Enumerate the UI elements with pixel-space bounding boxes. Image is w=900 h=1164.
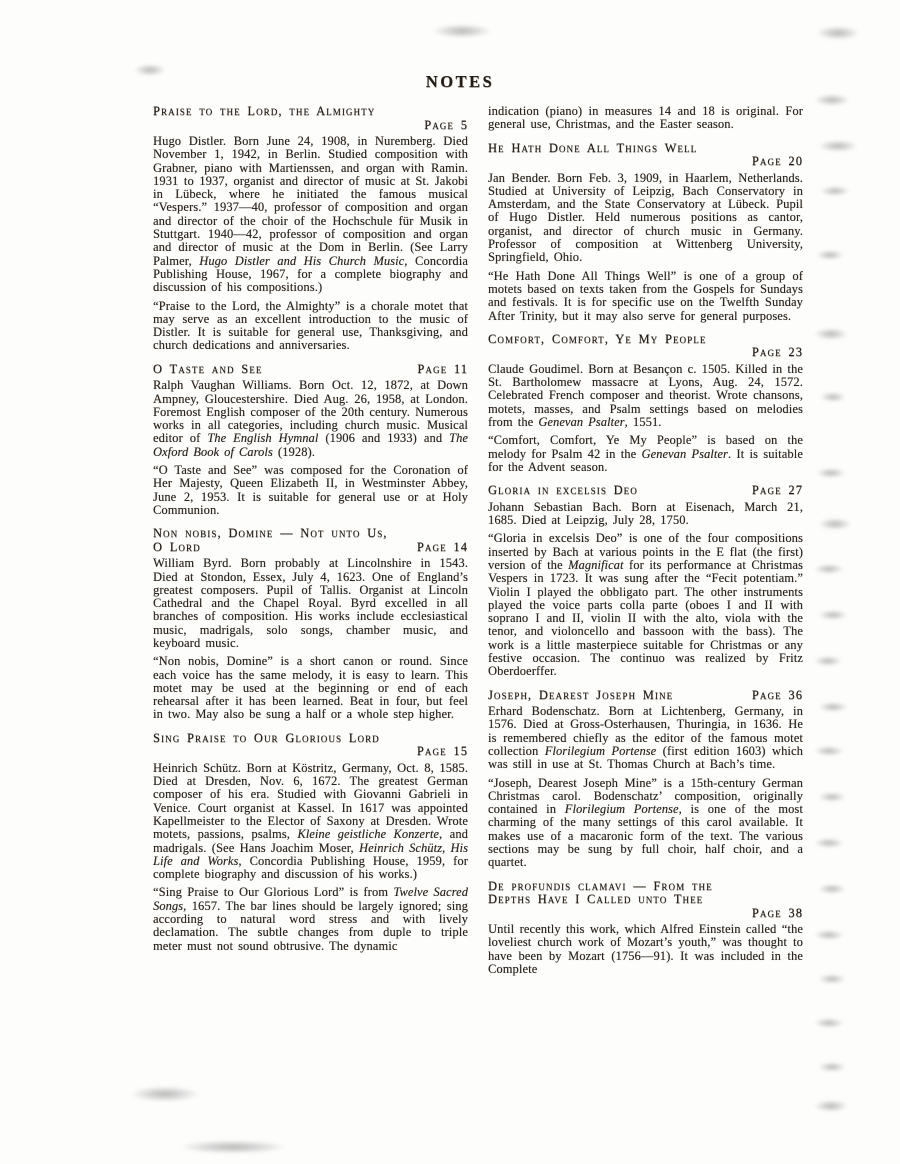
body-text: (1928). (273, 445, 315, 459)
italic-text: Florilegium Portense (565, 802, 679, 816)
heading-line: Page 15 (153, 745, 468, 759)
body-text: Hugo Distler. Born June 24, 1908, in Nur… (153, 134, 468, 268)
section-heading: Sing Praise to Our Glorious LordPage 15 (153, 732, 468, 759)
section-title: He Hath Done All Things Well (488, 142, 697, 156)
page-number-label: Page 11 (409, 363, 468, 377)
body-text: “Sing Praise to Our Glorious Lord” is fr… (153, 885, 393, 899)
heading-line: Page 20 (488, 155, 803, 169)
body-text: “Non nobis, Domine” is a short canon or … (153, 654, 468, 721)
heading-line: Page 23 (488, 346, 803, 360)
paragraph: Hugo Distler. Born June 24, 1908, in Nur… (153, 135, 468, 295)
paragraph: “Joseph, Dearest Joseph Mine” is a 15th-… (488, 777, 803, 870)
notes-section: De profundis clamavi — From theDepths Ha… (488, 880, 803, 977)
paragraph: “Praise to the Lord, the Almighty” is a … (153, 300, 468, 353)
page-number-label: Page 20 (744, 155, 803, 169)
page-title: NOTES (136, 72, 784, 92)
heading-line: De profundis clamavi — From the (488, 880, 803, 894)
section-title: Gloria in excelsis Deo (488, 484, 638, 498)
page-number-label: Page 23 (744, 346, 803, 360)
heading-line: O Taste and SeePage 11 (153, 363, 468, 377)
section-title: Joseph, Dearest Joseph Mine (488, 689, 673, 703)
heading-line: Page 5 (153, 119, 468, 133)
right-column: indication (piano) in measures 14 and 18… (488, 105, 803, 976)
section-title: O Taste and See (153, 363, 262, 377)
paragraph: Claude Goudimel. Born at Besançon c. 150… (488, 363, 803, 429)
heading-line: Joseph, Dearest Joseph MinePage 36 (488, 689, 803, 703)
notes-section: indication (piano) in measures 14 and 18… (488, 105, 803, 132)
heading-line: Gloria in excelsis DeoPage 27 (488, 484, 803, 498)
heading-line: O LordPage 14 (153, 541, 468, 555)
paragraph: Jan Bender. Born Feb. 3, 1909, in Haarle… (488, 172, 803, 265)
page-content: Praise to the Lord, the AlmightyPage 5Hu… (153, 105, 803, 976)
body-text: Johann Sebastian Bach. Born at Eisenach,… (488, 500, 803, 527)
italic-text: The English Hymnal (207, 431, 318, 445)
italic-text: Kleine geistliche Konzerte (297, 827, 439, 841)
body-text: William Byrd. Born probably at Lincolnsh… (153, 556, 468, 650)
paragraph: William Byrd. Born probably at Lincolnsh… (153, 557, 468, 650)
notes-section: O Taste and SeePage 11Ralph Vaughan Will… (153, 363, 468, 517)
heading-line: Depths Have I Called unto Thee (488, 893, 803, 907)
italic-text: Hugo Distler and His Church Music (199, 254, 404, 268)
section-heading: Gloria in excelsis DeoPage 27 (488, 484, 803, 498)
heading-line: Praise to the Lord, the Almighty (153, 105, 468, 119)
paragraph: Until recently this work, which Alfred E… (488, 923, 803, 976)
notes-section: Joseph, Dearest Joseph MinePage 36Erhard… (488, 689, 803, 870)
body-text: , 1551. (625, 415, 662, 429)
notes-section: Gloria in excelsis DeoPage 27Johann Seba… (488, 484, 803, 678)
page-number-label: Page 27 (744, 484, 803, 498)
italic-text: Genevan Psalter (538, 415, 624, 429)
paragraph: indication (piano) in measures 14 and 18… (488, 105, 803, 132)
paragraph: “Gloria in excelsis Deo” is one of the f… (488, 532, 803, 678)
paragraph: Heinrich Schütz. Born at Köstritz, Germa… (153, 762, 468, 882)
body-text: , 1657. The bar lines should be largely … (153, 899, 468, 953)
section-title: Non nobis, Domine — Not unto Us, (153, 527, 388, 541)
page-number-label: Page 38 (744, 907, 803, 921)
section-title: De profundis clamavi — From the (488, 880, 713, 894)
notes-section: Sing Praise to Our Glorious LordPage 15H… (153, 732, 468, 953)
section-heading: Non nobis, Domine — Not unto Us,O LordPa… (153, 527, 468, 554)
body-text: Jan Bender. Born Feb. 3, 1909, in Haarle… (488, 171, 803, 265)
body-text: “O Taste and See” was composed for the C… (153, 463, 468, 517)
body-text: Until recently this work, which Alfred E… (488, 922, 803, 976)
paragraph: “O Taste and See” was composed for the C… (153, 464, 468, 517)
heading-line: He Hath Done All Things Well (488, 142, 803, 156)
section-heading: Joseph, Dearest Joseph MinePage 36 (488, 689, 803, 703)
page-number-label: Page 36 (744, 689, 803, 703)
heading-line: Sing Praise to Our Glorious Lord (153, 732, 468, 746)
italic-text: Genevan Psalter (642, 447, 728, 461)
section-title: Comfort, Comfort, Ye My People (488, 333, 706, 347)
notes-section: He Hath Done All Things WellPage 20Jan B… (488, 142, 803, 323)
heading-line: Comfort, Comfort, Ye My People (488, 333, 803, 347)
section-title: O Lord (153, 541, 201, 555)
body-text: (1906 and 1933) and (318, 431, 449, 445)
heading-line: Non nobis, Domine — Not unto Us, (153, 527, 468, 541)
section-heading: De profundis clamavi — From theDepths Ha… (488, 880, 803, 921)
italic-text: Florilegium Portense (545, 744, 657, 758)
paragraph: Ralph Vaughan Williams. Born Oct. 12, 18… (153, 379, 468, 459)
paragraph: Erhard Bodenschatz. Born at Lichtenberg,… (488, 705, 803, 771)
section-heading: Comfort, Comfort, Ye My PeoplePage 23 (488, 333, 803, 360)
heading-line: Page 38 (488, 907, 803, 921)
section-heading: He Hath Done All Things WellPage 20 (488, 142, 803, 169)
paragraph: Johann Sebastian Bach. Born at Eisenach,… (488, 501, 803, 528)
notes-section: Non nobis, Domine — Not unto Us,O LordPa… (153, 527, 468, 722)
section-heading: Praise to the Lord, the AlmightyPage 5 (153, 105, 468, 132)
paragraph: “Comfort, Comfort, Ye My People” is base… (488, 434, 803, 474)
section-title: Depths Have I Called unto Thee (488, 893, 703, 907)
body-text: “He Hath Done All Things Well” is one of… (488, 269, 803, 323)
italic-text: Magnificat (568, 558, 623, 572)
page-number-label: Page 5 (416, 119, 468, 133)
page-number-label: Page 15 (409, 745, 468, 759)
paragraph: “Sing Praise to Our Glorious Lord” is fr… (153, 886, 468, 952)
section-heading: O Taste and SeePage 11 (153, 363, 468, 377)
left-column: Praise to the Lord, the AlmightyPage 5Hu… (153, 105, 468, 976)
page-number-label: Page 14 (409, 541, 468, 555)
body-text: indication (piano) in measures 14 and 18… (488, 104, 803, 131)
paragraph: “He Hath Done All Things Well” is one of… (488, 270, 803, 323)
body-text: “Praise to the Lord, the Almighty” is a … (153, 299, 468, 353)
notes-section: Praise to the Lord, the AlmightyPage 5Hu… (153, 105, 468, 353)
section-title: Sing Praise to Our Glorious Lord (153, 732, 380, 746)
notes-section: Comfort, Comfort, Ye My PeoplePage 23Cla… (488, 333, 803, 474)
paragraph: “Non nobis, Domine” is a short canon or … (153, 655, 468, 721)
section-title: Praise to the Lord, the Almighty (153, 105, 375, 119)
body-text: for its performance at Christmas Vespers… (488, 558, 803, 678)
